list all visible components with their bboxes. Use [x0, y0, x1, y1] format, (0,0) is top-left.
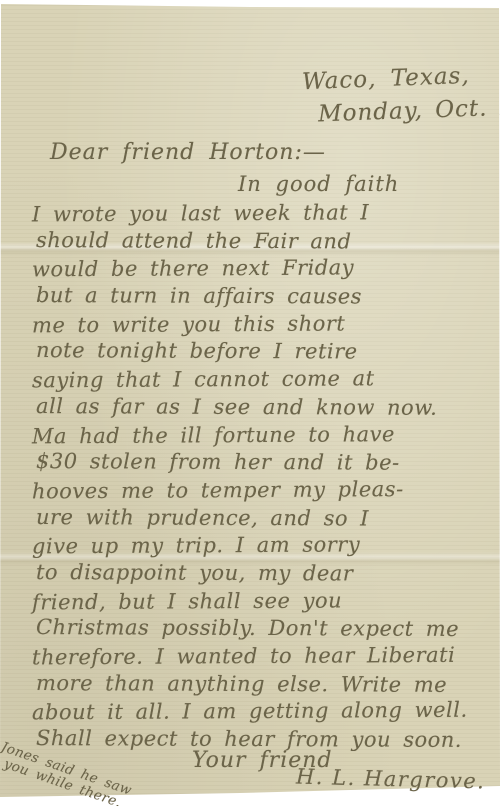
letter-line: would be there next Friday [32, 254, 480, 284]
letter-line: should attend the Fair and [36, 227, 480, 257]
salutation: Dear friend Horton:— [50, 140, 326, 165]
signature: H. L. Hargrove. [296, 765, 486, 794]
opening-phrase: In good faith [238, 172, 399, 196]
letter-line: Christmas possibly. Don't expect me [36, 614, 480, 644]
letter-body: I wrote you last week that I should atte… [32, 200, 480, 754]
letter-line: but a turn in affairs causes [36, 282, 480, 312]
letter-line: all as far as I see and know now. [36, 393, 480, 423]
letter-line: $30 stolen from her and it be- [36, 448, 480, 478]
letter-line: note tonight before I retire [36, 337, 480, 367]
letter-line: friend, but I shall see you [32, 586, 480, 616]
letter-line: saying that I cannot come at [32, 365, 480, 395]
letter-line: Ma had the ill fortune to have [32, 420, 480, 450]
letter-line: more than anything else. Write me [36, 670, 480, 700]
letter-line: me to write you this short [32, 309, 480, 339]
letter-line: give up my trip. I am sorry [32, 531, 480, 561]
letter-line: I wrote you last week that I [32, 199, 480, 229]
scanned-letter: Waco, Texas, Monday, Oct. 28th, Dear fri… [0, 0, 500, 806]
letter-line: therefore. I wanted to hear Liberati [32, 642, 480, 672]
letter-line: hooves me to temper my pleas- [32, 476, 480, 506]
letter-line: ure with prudence, and so I [36, 504, 480, 534]
letter-line: about it all. I am getting along well. [32, 697, 480, 727]
letter-line: to disappoint you, my dear [36, 559, 480, 589]
